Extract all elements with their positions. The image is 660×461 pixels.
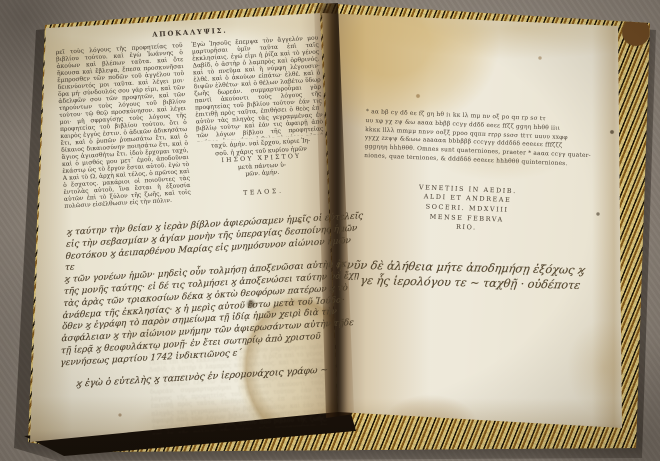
finis-telos: ΤΕΛΟΣ. <box>200 185 327 199</box>
printed-column-right: Ἐγὼ Ἰησοῦς ἔπεμψα τὸν ἄγγελόν μου μαρτυρ… <box>191 34 327 205</box>
register-of-quires: * aα bβ cγ dδ eε fζ gη hθ iι kκ lλ mμ nν… <box>364 108 602 170</box>
ending-doxology: ταχύ. ἀμήν. ναὶ ἔρχου, κύριε Ἰη- σοῦ. ἡ … <box>197 136 326 181</box>
manuscript-note-right: ἡ νῦν δὲ ἀλήθεια μήτε ἀποδημήσῃ ἐξόχως ϗ… <box>333 257 607 293</box>
printed-text-columns: ρεῖ τοὺς λόγους τῆς προφητείας τοῦ βιβλί… <box>56 33 355 213</box>
printed-column-right-text: Ἐγὼ Ἰησοῦς ἔπεμψα τὸν ἄγγελόν μου μαρτυρ… <box>191 34 323 141</box>
left-page-content: ΑΠΟΚΑΛΥΨΙΣ. ρεῖ τοὺς λόγους τῆς προφητεί… <box>40 5 364 390</box>
aldine-colophon: VENETIIS IN AEDIB. ALDI ET ANDREAE SOCER… <box>381 182 553 237</box>
photo-open-antique-book: Ἐγὼ Ἰησοῦς ἔπεμψα τὸν ἄγγελόν μου μαρτυρ… <box>0 0 660 461</box>
printed-column-left: ρεῖ τοὺς λόγους τῆς προφητείας τοῦ βιβλί… <box>56 42 192 213</box>
right-page-content: * aα bβ cγ dδ eε fζ gη hθ iι kκ lλ mμ nν… <box>331 10 642 297</box>
manuscript-note-left: ϗ ταύτην τὴν θείαν ϗ ἱερὰν βίβλον ἀφιερώ… <box>60 211 364 370</box>
